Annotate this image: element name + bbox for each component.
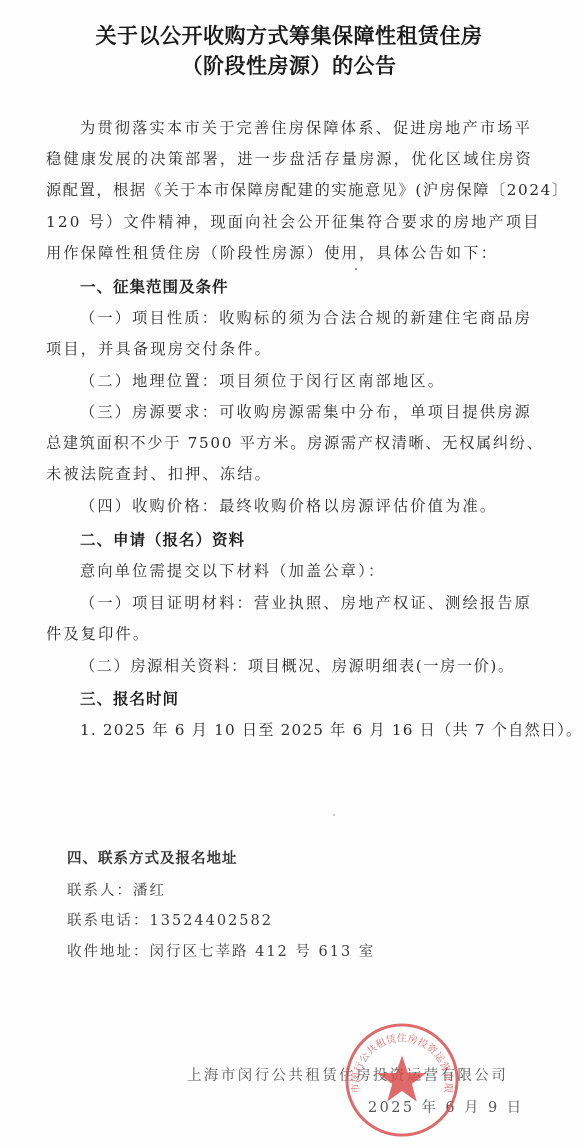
section-heading-3: 三、报名时间 <box>80 687 179 709</box>
document-title-line-2: （阶段性房源）的公告 <box>0 50 578 80</box>
contact-phone-label: 联系电话： <box>67 913 150 929</box>
section-line: 未被法院查封、扣押、冻结。 <box>46 463 272 484</box>
intro-line: 稳健康发展的决策部署，进一步盘活存量房源，优化区域住房资 <box>46 148 533 169</box>
scan-speck <box>333 814 335 816</box>
section-line: 1. 2025 年 6 月 10 日至 2025 年 6 月 16 日（共 7 … <box>80 719 578 740</box>
contact-address: 收件地址：闵行区七莘路 412 号 613 室 <box>67 940 375 961</box>
section-heading-2: 二、申请（报名）资料 <box>80 528 245 550</box>
contact-address-label: 收件地址： <box>67 944 150 960</box>
intro-line: 120 号）文件精神，现面向社会公开征集符合要求的房地产项目 <box>46 211 541 232</box>
section-line: 项目，并具备现房交付条件。 <box>46 338 272 359</box>
document-page: 关于以公开收购方式筹集保障性租赁住房 （阶段性房源）的公告 为贯彻落实本市关于完… <box>0 0 578 1148</box>
contact-address-value: 闵行区七莘路 412 号 613 室 <box>150 944 376 960</box>
section-line: 意向单位需提交以下材料（加盖公章）： <box>80 560 385 581</box>
official-seal-icon: 上海市闵行公共租赁住房投资运营有限公司 <box>343 1021 461 1139</box>
section-line: （一）项目性质：收购标的须为合法合规的新建住宅商品房 <box>80 307 532 328</box>
contact-person-value: 潘红 <box>133 883 166 899</box>
document-title-line-1: 关于以公开收购方式筹集保障性租赁住房 <box>0 20 578 50</box>
contact-person-label: 联系人： <box>67 883 133 899</box>
section-line: （二）房源相关资料：项目概况、房源明细表(一房一价)。 <box>80 655 515 676</box>
intro-line: 用作保障性租赁住房（阶段性房源）使用，具体公告如下： <box>46 242 498 263</box>
section-heading-1: 一、征集范围及条件 <box>80 275 229 297</box>
contact-phone: 联系电话：13524402582 <box>67 909 273 930</box>
scan-speck <box>355 268 357 270</box>
intro-line: 源配置，根据《关于本市保障房配建的实施意见》(沪房保障〔2024〕 <box>46 179 569 200</box>
section-line: 件及复印件。 <box>46 623 150 644</box>
section-line: （四）收购价格：最终收购价格以房源评估价值为准。 <box>80 495 497 516</box>
intro-line: 为贯彻落实本市关于完善住房保障体系、促进房地产市场平 <box>80 117 532 138</box>
contact-person: 联系人：潘红 <box>67 879 166 900</box>
section-line: 总建筑面积不少于 7500 平方米。房源需产权清晰、无权属纠纷、 <box>46 432 544 453</box>
section-line: （二）地理位置：项目须位于闵行区南部地区。 <box>80 370 445 391</box>
section-line: （一）项目证明材料：营业执照、房地产权证、测绘报告原 <box>80 592 532 613</box>
section-line: （三）房源要求：可收购房源需集中分布，单项目提供房源 <box>80 401 532 422</box>
contact-phone-value: 13524402582 <box>150 913 273 929</box>
contact-heading: 四、联系方式及报名地址 <box>67 847 238 868</box>
